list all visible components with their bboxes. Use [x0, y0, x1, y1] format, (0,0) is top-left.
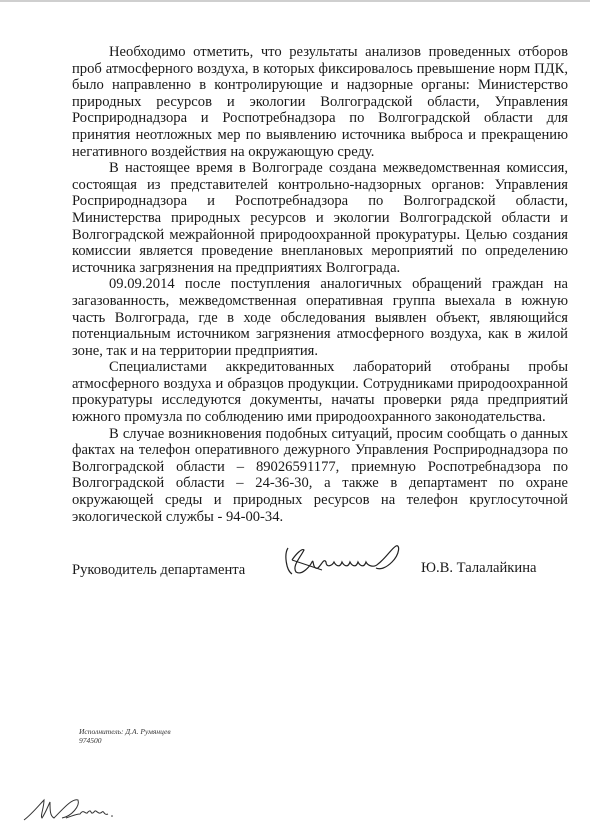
signatory-title: Руководитель департамента: [72, 562, 245, 579]
paragraph-commission: В настоящее время в Волгограде создана м…: [72, 160, 568, 276]
paragraph-contacts: В случае возникновения подобных ситуаций…: [72, 426, 568, 526]
paragraph-pdk-results: Необходимо отметить, что результаты анал…: [72, 44, 568, 160]
signature-block: Руководитель департамента Ю.В. Талалайки…: [72, 548, 572, 588]
paragraph-inspection: 09.09.2014 после поступления аналогичных…: [72, 276, 568, 359]
handwritten-signature-icon: [282, 540, 412, 580]
executor-info: Исполнитель: Д.А. Румянцев 974500: [79, 727, 171, 745]
handwritten-initials-icon: [22, 794, 122, 824]
executor-phone: 974500: [79, 736, 171, 745]
page-top-edge: [0, 0, 590, 2]
paragraph-samples: Специалистами аккредитованных лаборатори…: [72, 359, 568, 425]
letter-body: Необходимо отметить, что результаты анал…: [72, 44, 568, 525]
signatory-name: Ю.В. Талалайкина: [421, 560, 536, 577]
executor-name: Исполнитель: Д.А. Румянцев: [79, 727, 171, 736]
